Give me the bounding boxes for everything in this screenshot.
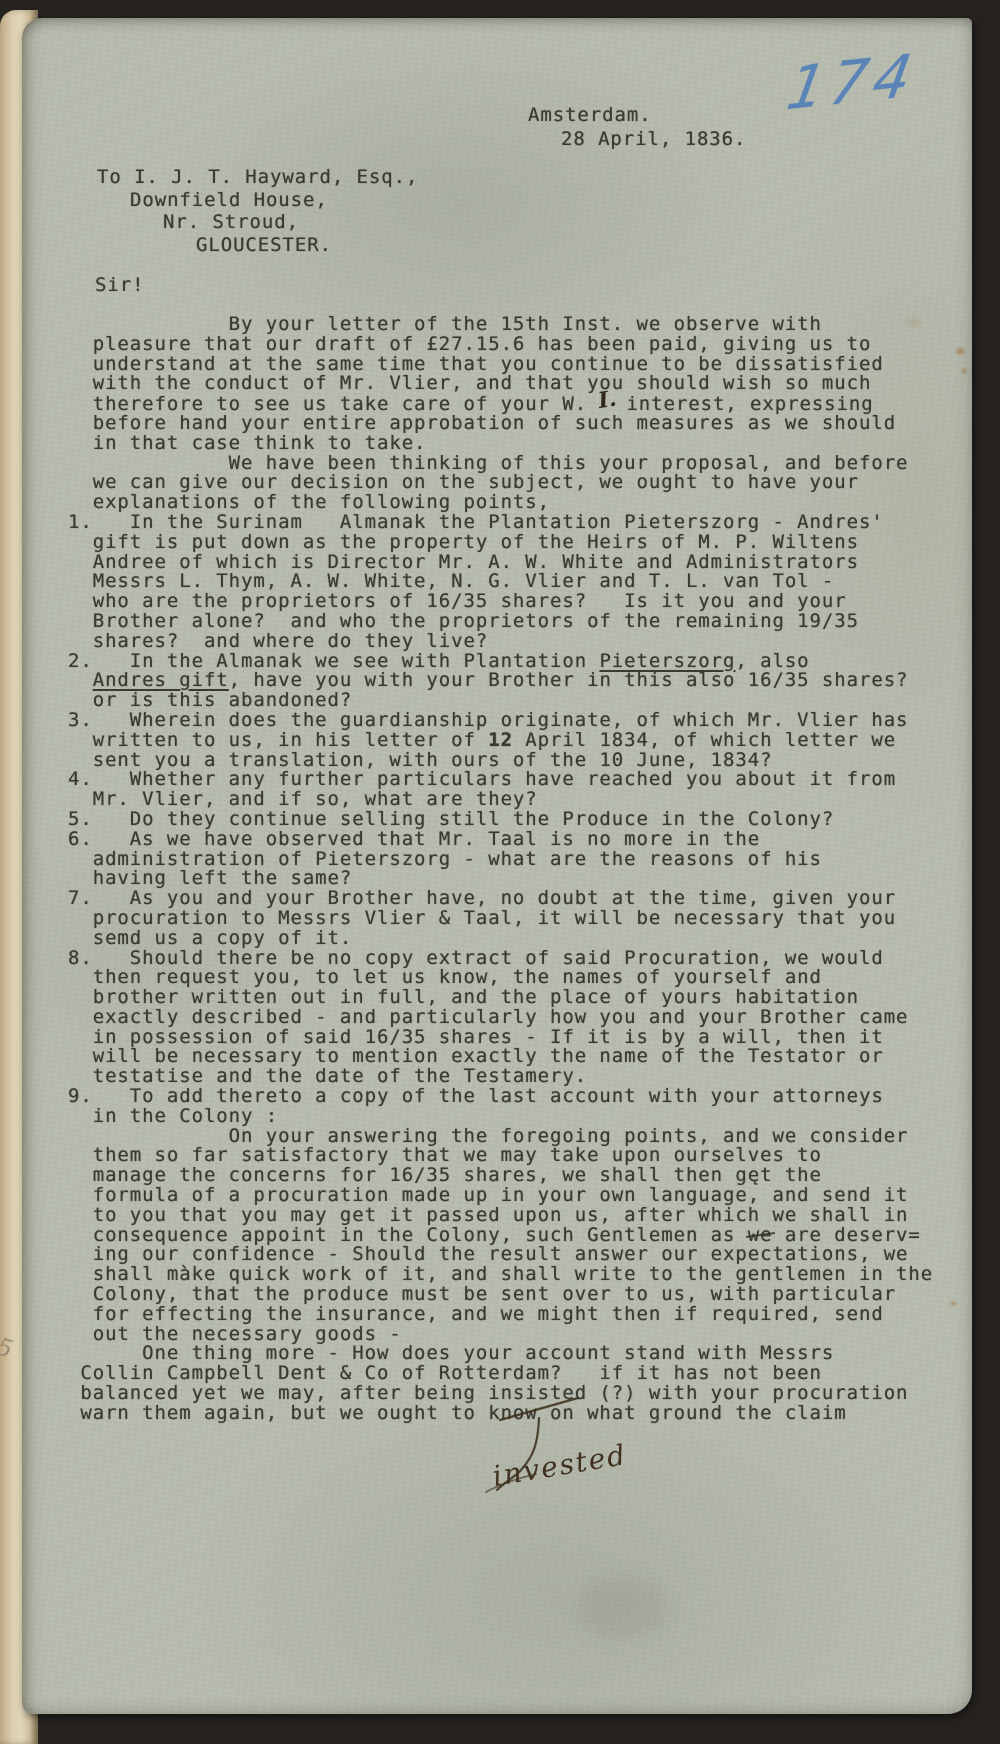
foxing-spot xyxy=(956,348,965,355)
letter-line: before hand your entire approbation of s… xyxy=(68,414,933,434)
letter-line: 5. Do they continue selling still the Pr… xyxy=(68,810,933,830)
scan-background: 174 Amsterdam. 28 April, 1836. To I. J. … xyxy=(0,0,1000,1744)
water-stain xyxy=(578,1578,668,1638)
letter-line: explanations of the following points, xyxy=(68,493,933,513)
letter-line: in that case think to take. xyxy=(68,434,933,454)
handwritten-insert: I. xyxy=(597,388,627,412)
foxing-spot xyxy=(961,368,967,374)
letter-line: formula of a procuration made up in your… xyxy=(68,1186,933,1206)
letter-line: gift is put down as the property of the … xyxy=(68,533,933,553)
letter-line: Colony, that the produce must be sent ov… xyxy=(68,1285,933,1305)
letter-place: Amsterdam. xyxy=(528,106,652,126)
letter-line: By your letter of the 15th Inst. we obse… xyxy=(68,315,933,335)
letter-line: Brother alone? and who the proprietors o… xyxy=(68,612,933,632)
letter-line: brother written out in full, and the pla… xyxy=(68,988,933,1008)
recipient-house: Downfield House, xyxy=(130,191,328,211)
letter-line: 1. In the Surinam Almanak the Plantation… xyxy=(68,513,933,533)
letter-line: 7. As you and your Brother have, no doub… xyxy=(68,889,933,909)
salutation: Sir! xyxy=(95,276,144,296)
letter-line: procuration to Messrs Vlier & Taal, it w… xyxy=(68,909,933,929)
letter-line: in the Colony : xyxy=(68,1107,933,1127)
letter-line: written to us, in his letter of 12 April… xyxy=(68,731,933,751)
letter-line: exactly described - and particularly how… xyxy=(68,1008,933,1028)
letter-line: warn them again, but we ought to know on… xyxy=(68,1404,933,1424)
recipient-name: To I. J. T. Hayward, Esq., xyxy=(97,168,418,188)
recipient-county: GLOUCESTER. xyxy=(196,236,332,256)
foxing-spot xyxy=(950,1301,956,1306)
letter-line: therefore to see us take care of your W.… xyxy=(68,394,933,414)
letter-line: with the conduct of Mr. Vlier, and that … xyxy=(68,374,933,394)
letter-line: or is this abandoned? xyxy=(68,691,933,711)
letter-line: who are the proprietors of 16/35 shares?… xyxy=(68,592,933,612)
letter-line: pleasure that our draft of £27.15.6 has … xyxy=(68,335,933,355)
letter-body: By your letter of the 15th Inst. we obse… xyxy=(68,315,933,1424)
letter-line: to you that you may get it passed upon u… xyxy=(68,1206,933,1226)
letter-line: semd us a copy of it. xyxy=(68,929,933,949)
letter-line: 6. As we have observed that Mr. Taal is … xyxy=(68,830,933,850)
letter-line: 9. To add thereto a copy of the last acc… xyxy=(68,1087,933,1107)
letter-line: for effecting the insurance, and we migh… xyxy=(68,1305,933,1325)
letter-line: shares? and where do they live? xyxy=(68,632,933,652)
recipient-town: Nr. Stroud, xyxy=(163,213,299,233)
letter-line: Mr. Vlier, and if so, what are they? xyxy=(68,790,933,810)
letter-date: 28 April, 1836. xyxy=(561,130,746,150)
letter-line: balanced yet we may, after being insiste… xyxy=(68,1384,933,1404)
